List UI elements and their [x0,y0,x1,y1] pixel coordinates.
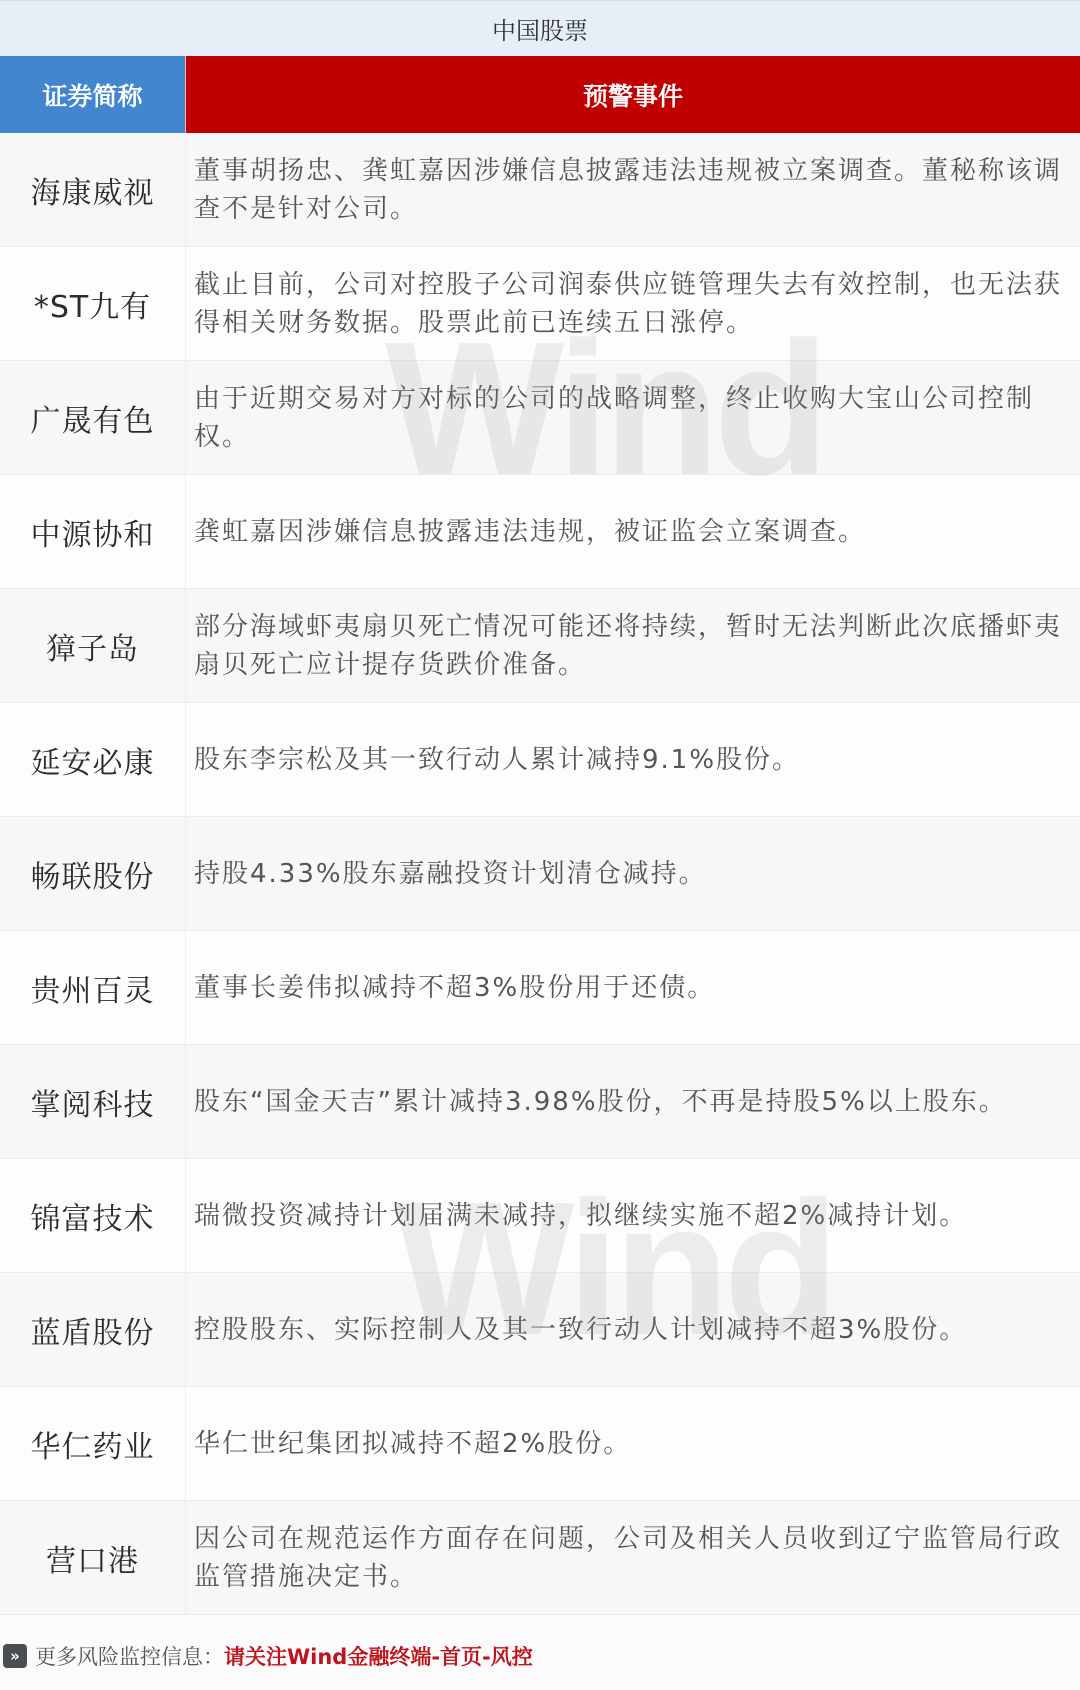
alert-event: 控股股东、实际控制人及其一致行动人计划减持不超3%股份。 [186,1273,1080,1386]
security-name: 獐子岛 [0,589,186,702]
table-row: 华仁药业 华仁世纪集团拟减持不超2%股份。 [0,1387,1080,1501]
security-name: 蓝盾股份 [0,1273,186,1386]
alert-event: 瑞微投资减持计划届满未减持，拟继续实施不超2%减持计划。 [186,1159,1080,1272]
table-row: 中源协和 龚虹嘉因涉嫌信息披露违法违规，被证监会立案调查。 [0,475,1080,589]
table-row: 蓝盾股份 控股股东、实际控制人及其一致行动人计划减持不超3%股份。 [0,1273,1080,1387]
alert-event: 股东李宗松及其一致行动人累计减持9.1%股份。 [186,703,1080,816]
footer-note: » 更多风险监控信息： 请关注Wind金融终端-首页-风控 [0,1638,1080,1674]
security-name: 华仁药业 [0,1387,186,1500]
alert-event: 部分海域虾夷扇贝死亡情况可能还将持续，暂时无法判断此次底播虾夷扇贝死亡应计提存货… [186,589,1080,702]
security-name: 中源协和 [0,475,186,588]
security-name: 畅联股份 [0,817,186,930]
footer-label: 更多风险监控信息： [35,1641,224,1671]
alert-event: 持股4.33%股东嘉融投资计划清仓减持。 [186,817,1080,930]
column-header-security-name: 证券简称 [0,56,186,133]
alert-event: 截止目前，公司对控股子公司润泰供应链管理失去有效控制，也无法获得相关财务数据。股… [186,247,1080,360]
alert-event: 由于近期交易对方对标的公司的战略调整，终止收购大宝山公司控制权。 [186,361,1080,474]
security-name: 贵州百灵 [0,931,186,1044]
security-name: 锦富技术 [0,1159,186,1272]
security-name: *ST九有 [0,247,186,360]
alert-event: 董事胡扬忠、龚虹嘉因涉嫌信息披露违法违规被立案调查。董秘称该调查不是针对公司。 [186,133,1080,246]
table-row: 獐子岛 部分海域虾夷扇贝死亡情况可能还将持续，暂时无法判断此次底播虾夷扇贝死亡应… [0,589,1080,703]
table-row: 营口港 因公司在规范运作方面存在问题，公司及相关人员收到辽宁监管局行政监管措施决… [0,1501,1080,1615]
table-title: 中国股票 [0,0,1080,56]
column-header-alert-event: 预警事件 [186,56,1080,133]
alert-event: 董事长姜伟拟减持不超3%股份用于还债。 [186,931,1080,1044]
security-name: 掌阅科技 [0,1045,186,1158]
alert-table: 海康威视 董事胡扬忠、龚虹嘉因涉嫌信息披露违法违规被立案调查。董秘称该调查不是针… [0,133,1080,1615]
table-row: 锦富技术 瑞微投资减持计划届满未减持，拟继续实施不超2%减持计划。 [0,1159,1080,1273]
table-row: 延安必康 股东李宗松及其一致行动人累计减持9.1%股份。 [0,703,1080,817]
security-name: 延安必康 [0,703,186,816]
table-row: 贵州百灵 董事长姜伟拟减持不超3%股份用于还债。 [0,931,1080,1045]
table-row: *ST九有 截止目前，公司对控股子公司润泰供应链管理失去有效控制，也无法获得相关… [0,247,1080,361]
table-row: 广晟有色 由于近期交易对方对标的公司的战略调整，终止收购大宝山公司控制权。 [0,361,1080,475]
alert-event: 因公司在规范运作方面存在问题，公司及相关人员收到辽宁监管局行政监管措施决定书。 [186,1501,1080,1614]
table-row: 掌阅科技 股东“国金天吉”累计减持3.98%股份，不再是持股5%以上股东。 [0,1045,1080,1159]
table-row: 畅联股份 持股4.33%股东嘉融投资计划清仓减持。 [0,817,1080,931]
security-name: 海康威视 [0,133,186,246]
alert-event: 股东“国金天吉”累计减持3.98%股份，不再是持股5%以上股东。 [186,1045,1080,1158]
security-name: 营口港 [0,1501,186,1614]
table-row: 海康威视 董事胡扬忠、龚虹嘉因涉嫌信息披露违法违规被立案调查。董秘称该调查不是针… [0,133,1080,247]
table-header: 证券简称 预警事件 [0,56,1080,133]
footer-link[interactable]: 请关注Wind金融终端-首页-风控 [224,1641,533,1671]
alert-event: 龚虹嘉因涉嫌信息披露违法违规，被证监会立案调查。 [186,475,1080,588]
alert-event: 华仁世纪集团拟减持不超2%股份。 [186,1387,1080,1500]
security-name: 广晟有色 [0,361,186,474]
double-chevron-right-icon: » [3,1644,27,1668]
